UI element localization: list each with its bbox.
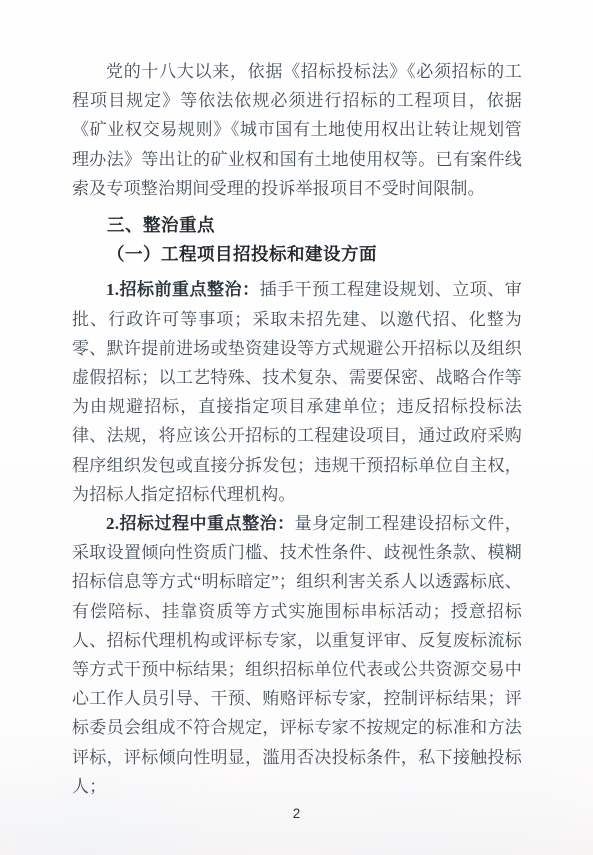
item-2-text: 量身定制工程建设招标文件，采取设置倾向性资质门槛、技术性条件、歧视性条款、模糊招… (72, 514, 522, 796)
item-1-lead: 1.招标前重点整治： (106, 280, 260, 299)
section-heading: 三、整治重点 (72, 211, 522, 240)
document-content: 党的十八大以来，依据《招标投标法》《必须招标的工程项目规定》等依法依规必须进行招… (72, 57, 522, 801)
item-2-lead: 2.招标过程中重点整治： (106, 514, 295, 533)
intro-paragraph: 党的十八大以来，依据《招标投标法》《必须招标的工程项目规定》等依法依规必须进行招… (72, 57, 522, 203)
document-page: 党的十八大以来，依据《招标投标法》《必须招标的工程项目规定》等依法依规必须进行招… (0, 0, 593, 855)
subsection-heading: （一）工程项目招投标和建设方面 (72, 240, 522, 269)
item-paragraph-1: 1.招标前重点整治：插手干预工程建设规划、立项、审批、行政许可等事项；采取未招先… (72, 275, 522, 509)
item-1-text: 插手干预工程建设规划、立项、审批、行政许可等事项；采取未招先建、以邀代招、化整为… (72, 280, 522, 503)
page-number: 2 (0, 806, 593, 821)
item-paragraph-2: 2.招标过程中重点整治：量身定制工程建设招标文件，采取设置倾向性资质门槛、技术性… (72, 509, 522, 801)
